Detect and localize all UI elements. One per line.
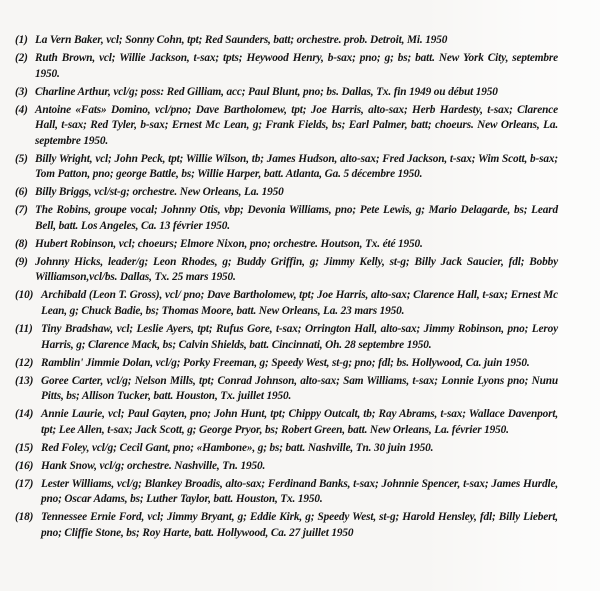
entry-text: Ramblin' Jimmie Dolan, vcl/g; Porky Free… (41, 356, 558, 372)
entry-number: (16) (15, 459, 41, 475)
entry-text: The Robins, groupe vocal; Johnny Otis, v… (35, 203, 558, 234)
credit-entry-14: (14) Annie Laurie, vcl; Paul Gayten, pno… (15, 407, 558, 438)
entry-number: (2) (15, 51, 35, 82)
credit-entry-15: (15) Red Foley, vcl/g; Cecil Gant, pno; … (15, 441, 558, 457)
entry-text: Tennessee Ernie Ford, vcl; Jimmy Bryant,… (41, 510, 558, 541)
entry-text: Billy Briggs, vcl/st-g; orchestre. New O… (35, 185, 558, 201)
credit-entry-18: (18) Tennessee Ernie Ford, vcl; Jimmy Br… (15, 510, 558, 541)
credit-entry-12: (12) Ramblin' Jimmie Dolan, vcl/g; Porky… (15, 356, 558, 372)
credit-entry-9: (9) Johnny Hicks, leader/g; Leon Rhodes,… (15, 255, 558, 286)
entry-text: Hubert Robinson, vcl; choeurs; Elmore Ni… (35, 237, 558, 253)
entry-number: (4) (15, 103, 35, 150)
entry-text: Annie Laurie, vcl; Paul Gayten, pno; Joh… (41, 407, 558, 438)
entry-number: (18) (15, 510, 41, 541)
entry-text: Lester Williams, vcl/g; Blankey Broadis,… (41, 477, 558, 508)
entry-number: (6) (15, 185, 35, 201)
entry-text: Red Foley, vcl/g; Cecil Gant, pno; «Hamb… (41, 441, 558, 457)
entry-number: (3) (15, 85, 35, 101)
entry-text: Goree Carter, vcl/g; Nelson Mills, tpt; … (41, 374, 558, 405)
entry-number: (1) (15, 33, 35, 49)
entry-text: Ruth Brown, vcl; Willie Jackson, t-sax; … (35, 51, 558, 82)
entry-number: (15) (15, 441, 41, 457)
credit-entry-1: (1) La Vern Baker, vcl; Sonny Cohn, tpt;… (15, 33, 558, 49)
entry-number: (10) (15, 288, 41, 319)
credit-entry-2: (2) Ruth Brown, vcl; Willie Jackson, t-s… (15, 51, 558, 82)
entry-text: Johnny Hicks, leader/g; Leon Rhodes, g; … (35, 255, 558, 286)
entry-text: Billy Wright, vcl; John Peck, tpt; Willi… (35, 152, 558, 183)
entry-number: (13) (15, 374, 41, 405)
entry-number: (5) (15, 152, 35, 183)
credit-entry-11: (11) Tiny Bradshaw, vcl; Leslie Ayers, t… (15, 322, 558, 353)
entry-number: (12) (15, 356, 41, 372)
credit-entry-6: (6) Billy Briggs, vcl/st-g; orchestre. N… (15, 185, 558, 201)
entry-number: (7) (15, 203, 35, 234)
entry-number: (11) (15, 322, 41, 353)
entry-number: (8) (15, 237, 35, 253)
credit-entry-8: (8) Hubert Robinson, vcl; choeurs; Elmor… (15, 237, 558, 253)
entry-text: Antoine «Fats» Domino, vcl/pno; Dave Bar… (35, 103, 558, 150)
entry-number: (17) (15, 477, 41, 508)
credit-entry-4: (4) Antoine «Fats» Domino, vcl/pno; Dave… (15, 103, 558, 150)
credit-entry-17: (17) Lester Williams, vcl/g; Blankey Bro… (15, 477, 558, 508)
discography-credits: (1) La Vern Baker, vcl; Sonny Cohn, tpt;… (15, 33, 558, 544)
entry-number: (14) (15, 407, 41, 438)
credit-entry-5: (5) Billy Wright, vcl; John Peck, tpt; W… (15, 152, 558, 183)
credit-entry-3: (3) Charline Arthur, vcl/g; poss: Red Gi… (15, 85, 558, 101)
credit-entry-7: (7) The Robins, groupe vocal; Johnny Oti… (15, 203, 558, 234)
credit-entry-10: (10) Archibald (Leon T. Gross), vcl/ pno… (15, 288, 558, 319)
entry-text: Hank Snow, vcl/g; orchestre. Nashville, … (41, 459, 558, 475)
entry-text: Charline Arthur, vcl/g; poss: Red Gillia… (35, 85, 558, 101)
credit-entry-13: (13) Goree Carter, vcl/g; Nelson Mills, … (15, 374, 558, 405)
entry-text: Tiny Bradshaw, vcl; Leslie Ayers, tpt; R… (41, 322, 558, 353)
entry-text: La Vern Baker, vcl; Sonny Cohn, tpt; Red… (35, 33, 558, 49)
entry-number: (9) (15, 255, 35, 286)
entry-text: Archibald (Leon T. Gross), vcl/ pno; Dav… (41, 288, 558, 319)
credit-entry-16: (16) Hank Snow, vcl/g; orchestre. Nashvi… (15, 459, 558, 475)
